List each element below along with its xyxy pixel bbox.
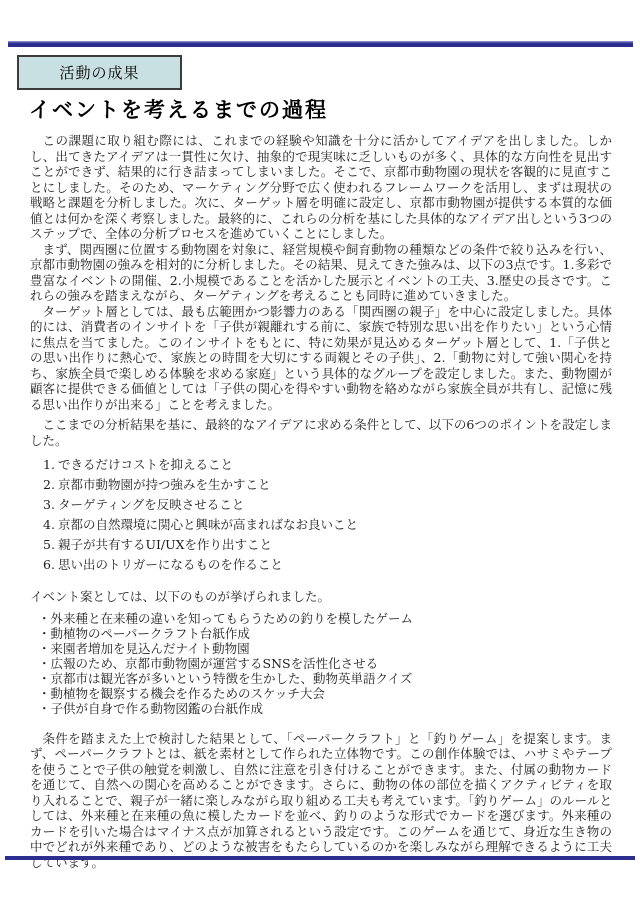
- numbered-list-item: 2.京都市動物園が持つ強みを生かすこと: [43, 475, 612, 495]
- bullet-list-item: ・来園者増加を見込んだナイト動物園: [38, 641, 612, 656]
- item-text: 動植物のペーパークラフト台紙作成: [51, 626, 250, 641]
- item-number: 1.: [43, 457, 55, 472]
- page-title: イベントを考えるまでの過程: [29, 94, 328, 124]
- paragraph-analysis-process: この課題に取り組む際には、これまでの経験や知識を十分に活かしてアイデアを出しまし…: [30, 133, 612, 242]
- numbered-list-item: 5.親子が共有するUI/UXを作り出すこと: [43, 535, 612, 555]
- item-text: ターゲティングを反映させること: [58, 497, 244, 512]
- section-label-box: 活動の成果: [17, 55, 182, 90]
- section-label: 活動の成果: [59, 62, 139, 83]
- bullet-list-item: ・京都市は観光客が多いという特徴を生かした、動物英単語クイズ: [38, 671, 612, 686]
- document-body: この課題に取り組む際には、これまでの経験や知識を十分に活かしてアイデアを出しまし…: [30, 133, 612, 870]
- numbered-condition-list: 1.できるだけコストを抑えること 2.京都市動物園が持つ強みを生かすこと 3.タ…: [43, 455, 612, 575]
- item-text: 京都市は観光客が多いという特徴を生かした、動物英単語クイズ: [51, 671, 413, 686]
- bottom-horizontal-rule: [5, 856, 635, 860]
- paragraph-conditions-intro: ここまでの分析結果を基に、最終的なアイデアに求める条件として、以下の6つのポイン…: [30, 417, 612, 448]
- bullet-marker: ・: [38, 701, 51, 716]
- bullet-list-item: ・子供が自身で作る動物図鑑の台紙作成: [38, 701, 612, 716]
- paragraph-proposal: 条件を踏まえた上で検討した結果として、「ペーパークラフト」と「釣りゲーム」を提案…: [30, 731, 612, 871]
- item-number: 3.: [43, 497, 55, 512]
- document-page: 活動の成果 イベントを考えるまでの過程 この課題に取り組む際には、これまでの経験…: [0, 0, 640, 905]
- bullet-list-item: ・外来種と在来種の違いを知ってもらうための釣りを模したゲーム: [38, 611, 612, 626]
- paragraph-target: ターゲット層としては、最も広範囲かつ影響力のある「関西圏の親子」を中心に設定しま…: [30, 304, 612, 413]
- item-text: 親子が共有するUI/UXを作り出すこと: [58, 537, 272, 552]
- item-number: 2.: [43, 477, 55, 492]
- idea-bullet-list: ・外来種と在来種の違いを知ってもらうための釣りを模したゲーム ・動植物のペーパー…: [38, 611, 612, 716]
- paragraph-ideas-intro: イベント案としては、以下のものが挙げられました。: [30, 589, 612, 605]
- bullet-marker: ・: [38, 626, 51, 641]
- bullet-marker: ・: [38, 671, 51, 686]
- item-number: 5.: [43, 537, 55, 552]
- bullet-list-item: ・動植物を観察する機会を作るためのスケッチ大会: [38, 686, 612, 701]
- numbered-list-item: 1.できるだけコストを抑えること: [43, 455, 612, 475]
- paragraph-strengths: まず、関西圏に位置する動物園を対象に、経営規模や飼育動物の種類などの条件で絞り込…: [30, 242, 612, 304]
- bullet-marker: ・: [38, 656, 51, 671]
- item-text: 京都の自然環境に関心と興味が高まればなお良いこと: [58, 517, 358, 532]
- bullet-marker: ・: [38, 611, 51, 626]
- item-text: できるだけコストを抑えること: [58, 457, 233, 472]
- item-text: 来園者増加を見込んだナイト動物園: [51, 641, 250, 656]
- item-number: 6.: [43, 557, 55, 572]
- numbered-list-item: 3.ターゲティングを反映させること: [43, 495, 612, 515]
- item-text: 京都市動物園が持つ強みを生かすこと: [58, 477, 271, 492]
- top-horizontal-rule: [8, 41, 633, 47]
- bullet-marker: ・: [38, 641, 51, 656]
- item-text: 子供が自身で作る動物図鑑の台紙作成: [51, 701, 264, 716]
- item-text: 外来種と在来種の違いを知ってもらうための釣りを模したゲーム: [51, 611, 414, 626]
- bullet-marker: ・: [38, 686, 51, 701]
- bullet-list-item: ・動植物のペーパークラフト台紙作成: [38, 626, 612, 641]
- numbered-list-item: 6.思い出のトリガーになるものを作ること: [43, 555, 612, 575]
- item-text: 動植物を観察する機会を作るためのスケッチ大会: [51, 686, 325, 701]
- item-text: 広報のため、京都市動物園が運営するSNSを活性化させる: [51, 656, 379, 671]
- item-number: 4.: [43, 517, 55, 532]
- item-text: 思い出のトリガーになるものを作ること: [58, 557, 283, 572]
- numbered-list-item: 4.京都の自然環境に関心と興味が高まればなお良いこと: [43, 515, 612, 535]
- bullet-list-item: ・広報のため、京都市動物園が運営するSNSを活性化させる: [38, 656, 612, 671]
